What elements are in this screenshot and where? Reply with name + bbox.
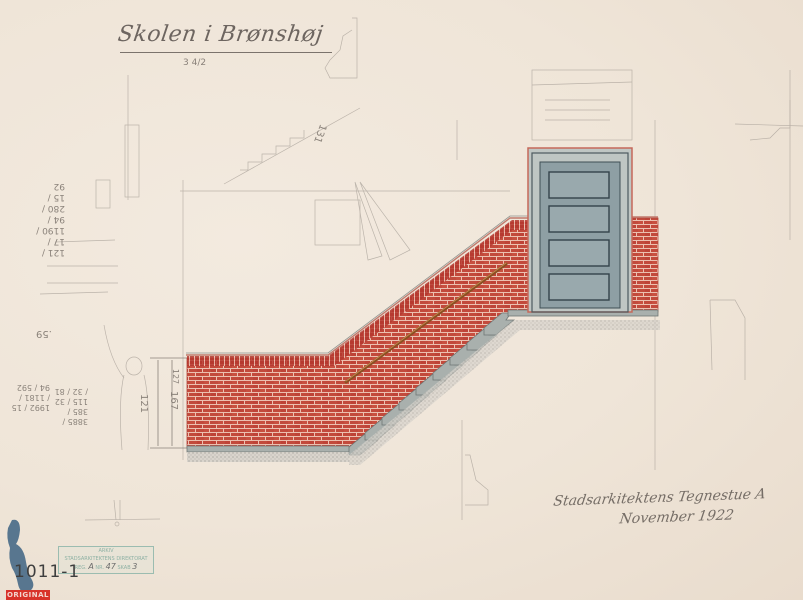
title-underline [120,52,332,53]
calculation-left-1: 121 / 17 / 1190 / 94 / 280 / 15 / 92 [35,180,65,257]
ink-stain [6,518,36,596]
calculation-left-2b: 3885 / 385 / 115 / 32 / 32 / 81 [50,386,88,426]
dimension-note: .59 [36,328,52,339]
stair-height-dim-2: 127 [171,369,180,384]
stair-height-dim-3: 167 [168,391,179,410]
architect-signature: Stadsarkitektens Tegnestue A November 19… [549,484,767,532]
original-badge: ORIGINAL [6,590,50,600]
drawing-sheet: Skolen i Brønshøj 3 4/2 121 / 17 / 1190 … [0,0,803,600]
archive-number: 1011-1 [14,562,80,582]
note-top-small: 3 4/2 [183,58,206,68]
stamp-heading: ARKIV [59,547,153,555]
drawing-title: Skolen i Brønshøj [116,22,325,47]
calculation-left-2a: 1992 / 15 / 1181 / 94 / 592 [10,382,50,412]
stair-height-dim-1: 121 [138,394,149,413]
